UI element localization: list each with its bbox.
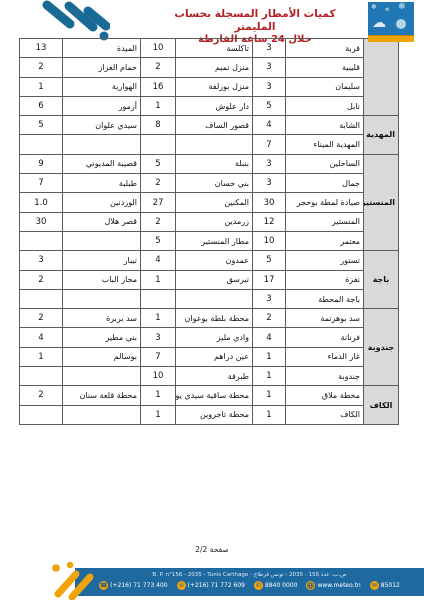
rainfall-value-cell: 5 — [20, 116, 63, 135]
rainfall-value-cell: 8 — [141, 116, 176, 135]
cloud-icon: ☁ — [372, 16, 386, 30]
rainfall-value-cell: 3 — [253, 174, 286, 193]
station-name-cell: تيبار — [63, 251, 141, 270]
rainfall-value-cell — [20, 231, 63, 250]
station-name-cell: المكنين — [176, 193, 253, 212]
rainfall-value-cell: 1 — [141, 96, 176, 115]
station-name-cell: بني حسان — [176, 174, 253, 193]
region-cell: المهدية — [364, 116, 399, 155]
rainfall-value-cell: 7 — [141, 347, 176, 366]
table-row: نابل5دار علوش1أزمور6 — [20, 96, 399, 115]
rainfall-value-cell: 1 — [253, 405, 286, 424]
rainfall-value-cell: 2 — [141, 174, 176, 193]
table-row: الكاف1محطة تاجروين1 — [20, 405, 399, 424]
contact-text: (+216) 71 772 609 — [188, 582, 245, 589]
station-name-cell: تاكلسة — [176, 39, 253, 58]
rainfall-value-cell: 1 — [141, 309, 176, 328]
station-name-cell: سد بوهرتمة — [286, 309, 364, 328]
footer-logo-dot — [52, 564, 60, 572]
rainfall-value-cell — [141, 135, 176, 154]
table-row: فرنانة4وادي مليز3بني مطير4 — [20, 328, 399, 347]
rainfall-value-cell: 2 — [20, 309, 63, 328]
rainfall-value-cell: 2 — [20, 58, 63, 77]
station-name-cell: سد بربرة — [63, 309, 141, 328]
station-name-cell: غار الدماء — [286, 347, 364, 366]
rainfall-value-cell: 3 — [253, 39, 286, 58]
emblem-art: ❄ ❄ ❄ ☁ — [368, 2, 414, 35]
station-name-cell — [63, 231, 141, 250]
rainfall-value-cell: 6 — [20, 96, 63, 115]
station-name-cell: قصيبة المديوني — [63, 154, 141, 173]
globe-icon — [306, 581, 315, 590]
table-row: جندوبةسد بوهرتمة2محطة بلطة بوعوان1سد برب… — [20, 309, 399, 328]
rainfall-value-cell — [20, 367, 63, 386]
call-center-icon: ✆ — [254, 581, 263, 590]
table-row: جندوبة1طبرقة10 — [20, 367, 399, 386]
station-name-cell: طبرقة — [176, 367, 253, 386]
station-name-cell: سليمان — [286, 77, 364, 96]
inm-stripes-logo — [18, 0, 110, 42]
region-cell — [364, 39, 399, 116]
footer-stripes-logo — [48, 556, 112, 600]
address-line: B. P. n°156 - 2035 - Tunis Carthage - ص.… — [75, 568, 424, 578]
station-name-cell: الكاف — [286, 405, 364, 424]
rainfall-value-cell: 4 — [141, 251, 176, 270]
table-row: باجةتستور5عمدون4تيبار3 — [20, 251, 399, 270]
table-row: جمال3بني حسان2طبلبة7 — [20, 174, 399, 193]
rainfall-value-cell: 30 — [20, 212, 63, 231]
rainfall-value-cell: 1 — [20, 77, 63, 96]
rainfall-value-cell: 9 — [20, 154, 63, 173]
rainfall-value-cell: 13 — [20, 39, 63, 58]
contact-item: ✆8840 0000 — [254, 581, 297, 590]
mail-icon: ✉ — [370, 581, 379, 590]
station-name-cell: تبرسق — [176, 270, 253, 289]
rainfall-value-cell: 5 — [253, 251, 286, 270]
rainfall-value-cell: 1.0 — [20, 193, 63, 212]
station-name-cell: منزل تميم — [176, 58, 253, 77]
station-name-cell: الهوارية — [63, 77, 141, 96]
rainfall-value-cell: 5 — [253, 96, 286, 115]
rainfall-value-cell: 2 — [20, 386, 63, 405]
rainfall-value-cell: 5 — [141, 154, 176, 173]
rainfall-value-cell: 5 — [141, 231, 176, 250]
rainfall-value-cell: 1 — [253, 347, 286, 366]
rainfall-table: قربة3تاكلسة10الميدة13قليبية3منزل تميم2حم… — [19, 38, 399, 425]
snowflake-icon: ❄ — [398, 3, 406, 12]
station-name-cell: بنبلة — [176, 154, 253, 173]
table-row: المهديةالشابة4قصور الساف8سيدي علوان5 — [20, 116, 399, 135]
station-name-cell: المنستير — [286, 212, 364, 231]
station-name-cell: عين دراهم — [176, 347, 253, 366]
table-row: المنستيرالساحلين3بنبلة5قصيبة المديوني9 — [20, 154, 399, 173]
station-name-cell: محطة ملاق — [286, 386, 364, 405]
rainfall-value-cell: 3 — [253, 58, 286, 77]
footer-bar: B. P. n°156 - 2035 - Tunis Carthage - ص.… — [75, 568, 424, 596]
rainfall-value-cell: 16 — [141, 77, 176, 96]
table-row: قربة3تاكلسة10الميدة13 — [20, 39, 399, 58]
station-name-cell: بني مطير — [63, 328, 141, 347]
contact-text: www.meteo.tn — [317, 582, 360, 589]
station-name-cell — [63, 289, 141, 308]
rainfall-value-cell: 3 — [253, 289, 286, 308]
rainfall-value-cell — [20, 289, 63, 308]
rainfall-value-cell: 2 — [141, 58, 176, 77]
table-row: باجة المحطة3 — [20, 289, 399, 308]
contact-item: www.meteo.tn — [306, 581, 360, 590]
rainfall-value-cell: 10 — [141, 39, 176, 58]
station-name-cell: منزل بوزلفة — [176, 77, 253, 96]
rainfall-value-cell: 2 — [20, 270, 63, 289]
snowflake-icon: ❄ — [371, 4, 377, 11]
table-row: غار الدماء1عين دراهم7بوسالم1 — [20, 347, 399, 366]
station-name-cell: محطة تاجروين — [176, 405, 253, 424]
contact-item: ✉85012 — [370, 581, 400, 590]
rainfall-value-cell: 1 — [253, 386, 286, 405]
fax-icon: ☏ — [177, 581, 186, 590]
station-name-cell: نفزة — [286, 270, 364, 289]
footer-logo-dot — [67, 562, 73, 568]
station-name-cell: نابل — [286, 96, 364, 115]
contact-text: (+216) 71 773 400 — [110, 582, 167, 589]
document-page: { "header": { "title_line1": "كميات الأم… — [0, 0, 424, 600]
contact-item: ☏(+216) 71 772 609 — [177, 581, 245, 590]
contact-text: 85012 — [381, 582, 400, 589]
rainfall-value-cell — [20, 135, 63, 154]
rainfall-value-cell: 27 — [141, 193, 176, 212]
table-row: سليمان3منزل بوزلفة16الهوارية1 — [20, 77, 399, 96]
station-name-cell: محطة بلطة بوعوان — [176, 309, 253, 328]
rainfall-value-cell: 17 — [253, 270, 286, 289]
station-name-cell: قليبية — [286, 58, 364, 77]
rainfall-value-cell — [141, 289, 176, 308]
rainfall-value-cell: 10 — [253, 231, 286, 250]
station-name-cell: طبلبة — [63, 174, 141, 193]
anniversary-emblem: ❄ ❄ ❄ ☁ — [368, 2, 414, 42]
station-name-cell — [63, 135, 141, 154]
station-name-cell: فرنانة — [286, 328, 364, 347]
station-name-cell: دار علوش — [176, 96, 253, 115]
rainfall-value-cell — [20, 405, 63, 424]
rainfall-value-cell: 1 — [141, 405, 176, 424]
rainfall-value-cell: 10 — [141, 367, 176, 386]
rainfall-value-cell: 1 — [141, 386, 176, 405]
station-name-cell: أزمور — [63, 96, 141, 115]
emblem-orange-strip — [368, 35, 414, 42]
rainfall-value-cell: 3 — [141, 328, 176, 347]
rainfall-value-cell: 2 — [253, 309, 286, 328]
rainfall-value-cell: 1 — [20, 347, 63, 366]
region-cell: الكاف — [364, 386, 399, 425]
rainfall-value-cell: 1 — [141, 270, 176, 289]
station-name-cell: مجاز الباب — [63, 270, 141, 289]
page-number: صفحة 2/2 — [0, 545, 424, 554]
station-name-cell: قربة — [286, 39, 364, 58]
rainfall-value-cell: 4 — [253, 328, 286, 347]
station-name-cell: الشابة — [286, 116, 364, 135]
station-name-cell: محطة ساقية سيدي يوسف — [176, 386, 253, 405]
station-name-cell: محطة قلعة سنان — [63, 386, 141, 405]
title-line-1: كميات الأمطار المسجلة بحساب المليمتر — [170, 8, 340, 34]
table-row: قليبية3منزل تميم2حمام الغزاز2 — [20, 58, 399, 77]
station-name-cell: تستور — [286, 251, 364, 270]
address-arabic: ص.ب. عدد 156 - 2035 - تونس قرطاج — [254, 572, 347, 578]
contact-list: ☎(+216) 71 773 400☏(+216) 71 772 609✆884… — [75, 581, 424, 590]
station-name-cell: جمال — [286, 174, 364, 193]
address-latin: B. P. n°156 - 2035 - Tunis Carthage - — [152, 572, 252, 578]
region-cell: المنستير — [364, 154, 399, 250]
sun-disc-icon — [396, 19, 406, 29]
station-name-cell: وادي مليز — [176, 328, 253, 347]
rainfall-value-cell: 1 — [253, 367, 286, 386]
station-name-cell: الميدة — [63, 39, 141, 58]
rainfall-value-cell: 30 — [253, 193, 286, 212]
table-row: نفزة17تبرسق1مجاز الباب2 — [20, 270, 399, 289]
contact-text: 8840 0000 — [265, 582, 297, 589]
station-name-cell: قصر هلال — [63, 212, 141, 231]
station-name-cell: مطار المنستير — [176, 231, 253, 250]
region-cell: جندوبة — [364, 309, 399, 386]
table-row: المنستير12زرمدين2قصر هلال30 — [20, 212, 399, 231]
table-row: المهدية الميناء7 — [20, 135, 399, 154]
rainfall-value-cell: 4 — [20, 328, 63, 347]
table-row: معتمر10مطار المنستير5 — [20, 231, 399, 250]
station-name-cell: بوسالم — [63, 347, 141, 366]
rainfall-value-cell: 7 — [20, 174, 63, 193]
rainfall-value-cell: 4 — [253, 116, 286, 135]
snowflake-icon: ❄ — [385, 8, 389, 13]
station-name-cell — [63, 405, 141, 424]
region-cell: باجة — [364, 251, 399, 309]
station-name-cell: زرمدين — [176, 212, 253, 231]
rainfall-value-cell: 3 — [20, 251, 63, 270]
station-name-cell: جندوبة — [286, 367, 364, 386]
station-name-cell: صيادة لمطة بوحجر — [286, 193, 364, 212]
rainfall-value-cell: 12 — [253, 212, 286, 231]
station-name-cell — [63, 367, 141, 386]
station-name-cell: الساحلين — [286, 154, 364, 173]
station-name-cell: قصور الساف — [176, 116, 253, 135]
station-name-cell: حمام الغزاز — [63, 58, 141, 77]
station-name-cell — [176, 289, 253, 308]
rainfall-value-cell: 3 — [253, 77, 286, 96]
rainfall-value-cell: 3 — [253, 154, 286, 173]
station-name-cell: باجة المحطة — [286, 289, 364, 308]
station-name-cell: الوردنين — [63, 193, 141, 212]
station-name-cell: عمدون — [176, 251, 253, 270]
station-name-cell: المهدية الميناء — [286, 135, 364, 154]
rainfall-value-cell: 7 — [253, 135, 286, 154]
table-row: الكافمحطة ملاق1محطة ساقية سيدي يوسف1محطة… — [20, 386, 399, 405]
station-name-cell: معتمر — [286, 231, 364, 250]
station-name-cell: سيدي علوان — [63, 116, 141, 135]
station-name-cell — [176, 135, 253, 154]
rainfall-value-cell: 2 — [141, 212, 176, 231]
table-row: صيادة لمطة بوحجر30المكنين27الوردنين1.0 — [20, 193, 399, 212]
